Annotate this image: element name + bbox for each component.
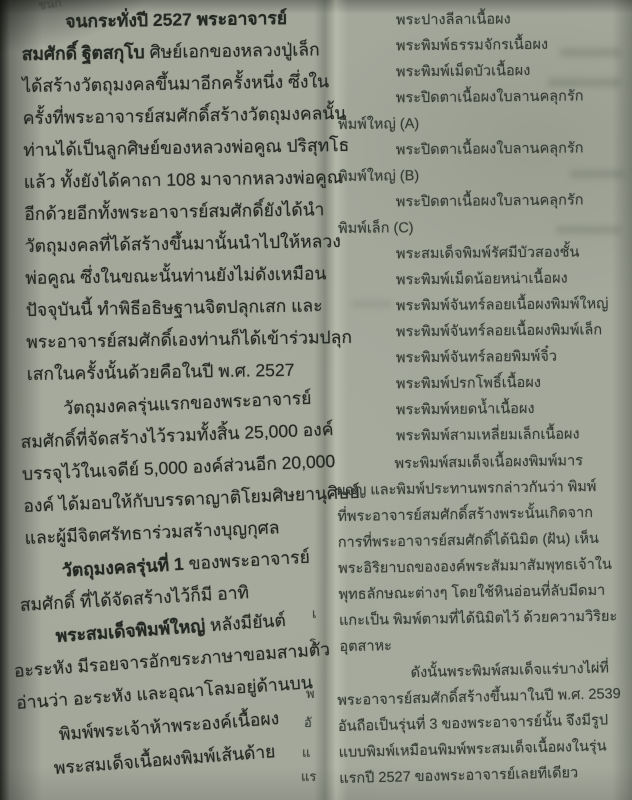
gutter-text-fragment: อั bbox=[304, 712, 312, 733]
paragraph: พระสมเด็จพิมพ์รัศมีบัวสองชั้น bbox=[338, 239, 630, 268]
text-segment: ศิษย์เอกของหลวงปู่เล็ก bbox=[149, 39, 319, 62]
text-segment: อันถือเป็นรุ่นที่ 3 ของพระอาจารย์นั้น จึ… bbox=[338, 712, 608, 735]
text-segment: พ่อคูณ ซึ่งในขณะนั้นท่านยังไม่ดังเหมือน bbox=[25, 263, 326, 288]
left-page: จนกระทั่งปี 2527 พระอาจารย์สมศักดิ์ ฐิตส… bbox=[24, 6, 324, 787]
text-segment: พระพิมพ์ปรกโพธิ์เนื้อผง bbox=[396, 375, 541, 393]
text-segment: ปัจจุบันนี้ ทำพิธีอธิษฐานจิตปลุกเสก และ bbox=[26, 295, 323, 320]
text-line: พระพิมพ์หยดน้ำเนื้อผง bbox=[338, 395, 630, 424]
paragraph: วัตถุมงคลรุ่นแรกของพระอาจารย์สมศักดิ์ที่… bbox=[19, 381, 327, 554]
paragraph: พระพิมพ์ธรรมจักรเนื้อผง bbox=[338, 31, 630, 60]
text-segment: พระปิดตาเนื้อผงใบลานคลุกรัก bbox=[396, 140, 584, 158]
paragraph: พระปางลีลาเนื้อผง bbox=[338, 5, 630, 34]
text-segment: ที่พระอาจารย์สมศักดิ์สร้างพระนั้นเกิดจาก bbox=[337, 505, 593, 525]
text-segment: ครั้งที่พระอาจารย์สมศักดิ์สร้างวัตถุมงคล… bbox=[23, 103, 347, 128]
text-line: พระพิมพ์ปรกโพธิ์เนื้อผง bbox=[338, 369, 630, 398]
text-line: พิมพ์ใหญ่ (A) bbox=[338, 109, 630, 138]
text-segment: พระพิมพ์เม็ดบัวเนื้อผง bbox=[396, 63, 530, 80]
text-line: อีกด้วยอีกทั้งพระอาจารย์สมศักดิ์ยังได้นำ bbox=[24, 193, 324, 230]
text-line: พระพิมพ์จันทร์ลอยเนื้อผงพิมพ์ใหญ่ bbox=[338, 291, 630, 320]
text-segment: พระปิดตาเนื้อผงใบลานคลุกรัก bbox=[396, 192, 584, 210]
paragraph: พระพิมพ์จันทร์ลอยเนื้อผงพิมพ์ใหญ่ bbox=[338, 291, 630, 320]
text-segment: พระพิมพ์จันทร์ลอยเนื้อผงพิมพ์ใหญ่ bbox=[396, 296, 609, 314]
text-line: พระอาจารย์สมศักดิ์เองท่านก็ได้เข้าร่วมปล… bbox=[26, 321, 326, 358]
text-segment: พระอาจารย์สมศักดิ์สร้างขึ้นมาในปี พ.ศ. 2… bbox=[337, 686, 621, 709]
text-segment: พิมพ์เล็ก (C) bbox=[338, 220, 414, 237]
text-line: พระปิดตาเนื้อผงใบลานคลุกรัก bbox=[338, 83, 630, 112]
text-segment: เสกในครั้งนั้นด้วยคือในปี พ.ศ. 2527 bbox=[27, 360, 295, 384]
bold-text-segment: วัตถุมงคลรุ่นที่ 1 bbox=[61, 554, 189, 581]
text-line: พระพิมพ์เม็ดน้อยหน่าเนื้อผง bbox=[338, 265, 630, 294]
text-segment: แรกปี 2527 ของพระอาจารย์เลยทีเดียว bbox=[339, 765, 578, 787]
text-line: พิมพ์ใหญ่ (B) bbox=[338, 161, 630, 190]
text-line: วัตถุมงคลที่ได้สร้างขึ้นมานั้นนำไปให้หลว… bbox=[25, 225, 325, 262]
paragraph: พระพิมพ์หยดน้ำเนื้อผง bbox=[338, 395, 630, 424]
text-segment: พระปางลีลาเนื้อผง bbox=[396, 11, 511, 28]
gutter-text-fragment: แร bbox=[301, 766, 316, 787]
text-line: พระพิมพ์ธรรมจักรเนื้อผง bbox=[338, 31, 630, 60]
text-segment: อุตสาหะ bbox=[339, 638, 392, 655]
bold-text-segment: สมศักดิ์ ฐิตสกุโบ bbox=[22, 42, 150, 64]
text-line: ได้สร้างวัตถุมงคลขึ้นมาอีกครั้งหนึ่ง ซึ่… bbox=[22, 65, 322, 102]
paragraph: ดังนั้นพระพิมพ์สมเด็จแร่บางไผ่ที่พระอาจา… bbox=[336, 655, 631, 792]
text-segment: ดังนั้นพระพิมพ์สมเด็จแร่บางไผ่ที่ bbox=[411, 660, 610, 681]
paragraph: พระพิมพ์สามเหลี่ยมเล็กเนื้อผง bbox=[338, 421, 630, 450]
paragraph: พระปิดตาเนื้อผงใบลานคลุกรักพิมพ์ใหญ่ (A) bbox=[338, 83, 631, 138]
text-line: แล้ว ทั้งยังได้คาถา 108 มาจากหลวงพ่อคูณ bbox=[23, 161, 323, 198]
text-line: พระสมเด็จพิมพ์รัศมีบัวสองชั้น bbox=[338, 239, 630, 268]
gutter-text-fragment: พ bbox=[306, 683, 315, 704]
text-line: พระปิดตาเนื้อผงใบลานคลุกรัก bbox=[338, 187, 630, 216]
text-line: แกะเป็น พิมพ์ตามที่ได้นิมิตไว้ ด้วยความว… bbox=[339, 603, 631, 634]
text-segment: พระพิมพ์สมเด็จเนื้อผงพิมพ์มาร bbox=[394, 453, 583, 472]
text-line: พระพิมพ์เม็ดบัวเนื้อผง bbox=[338, 57, 630, 86]
text-segment: พระพิมพ์ธรรมจักรเนื้อผง bbox=[396, 37, 548, 55]
text-segment: อีกด้วยอีกทั้งพระอาจารย์สมศักดิ์ยังได้นำ bbox=[24, 199, 324, 224]
paragraph: พระพิมพ์เม็ดบัวเนื้อผง bbox=[338, 57, 630, 86]
text-line: พระปางลีลาเนื้อผง bbox=[338, 5, 630, 34]
text-segment: ผจญ และพิมพ์ประทานพรกล่าวกันว่า พิมพ์ bbox=[337, 479, 597, 499]
text-line: พระพิมพ์จันทร์ลอยพิมพ์จิ๋ว bbox=[338, 343, 630, 372]
text-segment: พระพิมพ์สามเหลี่ยมเล็กเนื้อผง bbox=[396, 426, 580, 444]
text-segment: และผู้มีจิตศรัทธาร่วมสร้างบุญกุศล bbox=[24, 517, 280, 548]
text-line: พระพิมพ์จันทร์ลอยเนื้อผงพิมพ์เล็ก bbox=[338, 317, 630, 346]
text-segment: พิมพ์ใหญ่ (B) bbox=[338, 168, 419, 185]
text-segment: พระพิมพ์หยดน้ำเนื้อผง bbox=[396, 401, 535, 418]
text-segment: ได้สร้างวัตถุมงคลขึ้นมาอีกครั้งหนึ่ง ซึ่… bbox=[22, 71, 329, 96]
bold-text-segment: พระสมเด็จพิมพ์ใหญ่ bbox=[55, 615, 211, 646]
text-line: สมศักดิ์ ฐิตสกุโบ ศิษย์เอกของหลวงปู่เล็ก bbox=[21, 33, 321, 70]
text-segment: แล้ว ทั้งยังได้คาถา 108 มาจากหลวงพ่อคูณ bbox=[24, 167, 344, 192]
text-segment: ท่านได้เป็นลูกศิษย์ของหลวงพ่อคูณ ปริสุทโ… bbox=[23, 135, 349, 160]
text-line: พิมพ์เล็ก (C) bbox=[338, 213, 630, 242]
paragraph: จนกระทั่งปี 2527 พระอาจารย์สมศักดิ์ ฐิตส… bbox=[21, 1, 327, 390]
text-segment: พระสมเด็จพิมพ์รัศมีบัวสองชั้น bbox=[396, 244, 580, 262]
text-segment: พุทธลักษณะต่างๆ โดยใช้หินอ่อนที่ลับมีดมา bbox=[338, 583, 605, 603]
right-page: พระปางลีลาเนื้อผงพระพิมพ์ธรรมจักรเนื้อผง… bbox=[338, 8, 630, 792]
bold-text-segment: จนกระทั่งปี 2527 พระอาจารย์ bbox=[65, 8, 287, 31]
text-segment: พระปิดตาเนื้อผงใบลานคลุกรัก bbox=[396, 88, 584, 106]
gutter-text-fragment: รุ bbox=[309, 631, 316, 652]
paragraph: พระพิมพ์ปรกโพธิ์เนื้อผง bbox=[338, 369, 630, 398]
paragraph: พระปิดตาเนื้อผงใบลานคลุกรักพิมพ์ใหญ่ (B) bbox=[338, 135, 631, 190]
text-line: ปัจจุบันนี้ ทำพิธีอธิษฐานจิตปลุกเสก และ bbox=[26, 289, 326, 326]
text-segment: พิมพ์ใหญ่ (A) bbox=[338, 116, 419, 133]
text-segment: วัตถุมงคลที่ได้สร้างขึ้นมานั้นนำไปให้หลว… bbox=[25, 231, 341, 256]
paragraph: พระปิดตาเนื้อผงใบลานคลุกรักพิมพ์เล็ก (C) bbox=[338, 187, 631, 242]
text-segment: การที่พระอาจารย์สมศักดิ์ได้นิมิต (ฝัน) เ… bbox=[338, 531, 599, 551]
gutter-text-fragment: แ bbox=[302, 742, 310, 763]
gutter-text-fragment: เ bbox=[312, 603, 316, 624]
text-segment: แกะเป็น พิมพ์ตามที่ได้นิมิตไว้ ด้วยความว… bbox=[339, 609, 617, 629]
text-segment: พระพิมพ์เม็ดน้อยหน่าเนื้อผง bbox=[396, 271, 568, 289]
text-segment: หลังมียันต์ bbox=[209, 610, 286, 635]
text-segment: พระพิมพ์จันทร์ลอยพิมพ์จิ๋ว bbox=[396, 349, 557, 367]
text-line: พระพิมพ์สามเหลี่ยมเล็กเนื้อผง bbox=[338, 421, 630, 450]
text-segment: พระอิริยาบถขององค์พระสัมมาสัมพุทธเจ้าใน bbox=[338, 557, 612, 577]
text-line: ท่านได้เป็นลูกศิษย์ของหลวงพ่อคูณ ปริสุทโ… bbox=[23, 129, 323, 166]
text-segment: พระอาจารย์สมศักดิ์เองท่านก็ได้เข้าร่วมปล… bbox=[26, 327, 352, 352]
text-segment: ของพระอาจารย์ bbox=[188, 547, 310, 574]
paragraph: พระพิมพ์จันทร์ลอยพิมพ์จิ๋ว bbox=[338, 343, 630, 372]
text-line: พ่อคูณ ซึ่งในขณะนั้นท่านยังไม่ดังเหมือน bbox=[25, 257, 325, 294]
text-line: พระปิดตาเนื้อผงใบลานคลุกรัก bbox=[338, 135, 630, 164]
text-segment: แบบพิมพ์เหมือนพิมพ์พระสมเด็จเนื้อผงในรุ่… bbox=[338, 738, 606, 761]
paragraph: พระพิมพ์เม็ดน้อยหน่าเนื้อผง bbox=[338, 265, 630, 294]
paragraph: พระพิมพ์สมเด็จเนื้อผงพิมพ์มารผจญ และพิมพ… bbox=[336, 447, 631, 660]
text-line: ครั้งที่พระอาจารย์สมศักดิ์สร้างวัตถุมงคล… bbox=[22, 97, 322, 134]
book-photo: ชนก จนกระทั่งปี 2527 พระอาจารย์สมศักดิ์ … bbox=[0, 0, 632, 800]
paragraph: พระพิมพ์จันทร์ลอยเนื้อผงพิมพ์เล็ก bbox=[338, 317, 630, 346]
text-line: จนกระทั่งปี 2527 พระอาจารย์ bbox=[21, 1, 321, 38]
text-segment: พระพิมพ์จันทร์ลอยเนื้อผงพิมพ์เล็ก bbox=[396, 322, 602, 340]
text-segment: วัตถุมงคลรุ่นแรกของพระอาจารย์ bbox=[63, 388, 312, 418]
